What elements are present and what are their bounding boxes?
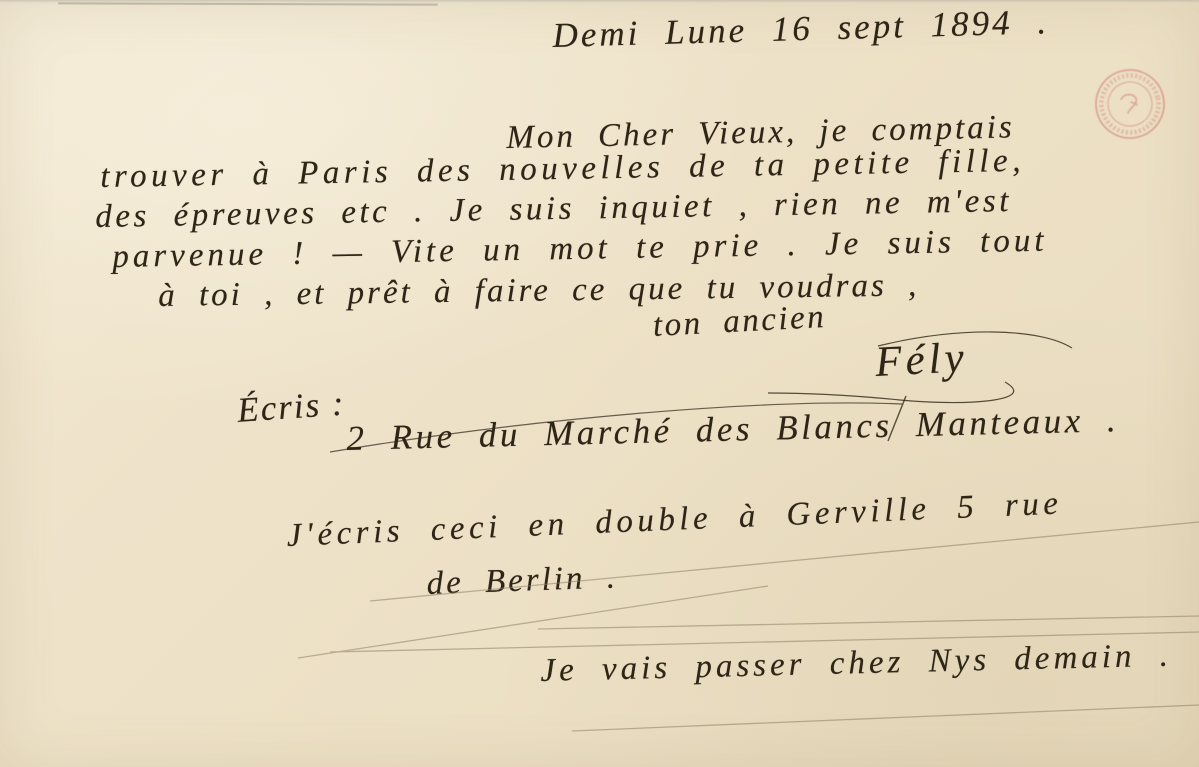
library-stamp-icon [1082, 58, 1178, 154]
postscript-label: Écris : [236, 383, 347, 430]
pencil-rule-line [538, 616, 1199, 629]
signature: Fély [874, 333, 969, 387]
handwritten-letter-scan: Demi Lune 16 sept 1894 . Mon Cher Vieux,… [0, 0, 1199, 767]
crossed-note-line: J'écris ceci en double à Gerville 5 rue [286, 485, 1063, 554]
pencil-rule-line [572, 705, 1199, 731]
address-line: 2 Rue du Marché des Blancs Manteaux . [346, 400, 1120, 459]
crossed-note-line: de Berlin . [426, 559, 619, 603]
final-note-line: Je vais passer chez Nys demain . [540, 638, 1172, 690]
dateline: Demi Lune 16 sept 1894 . [552, 2, 1050, 56]
closing-line: ton ancien [652, 299, 827, 345]
